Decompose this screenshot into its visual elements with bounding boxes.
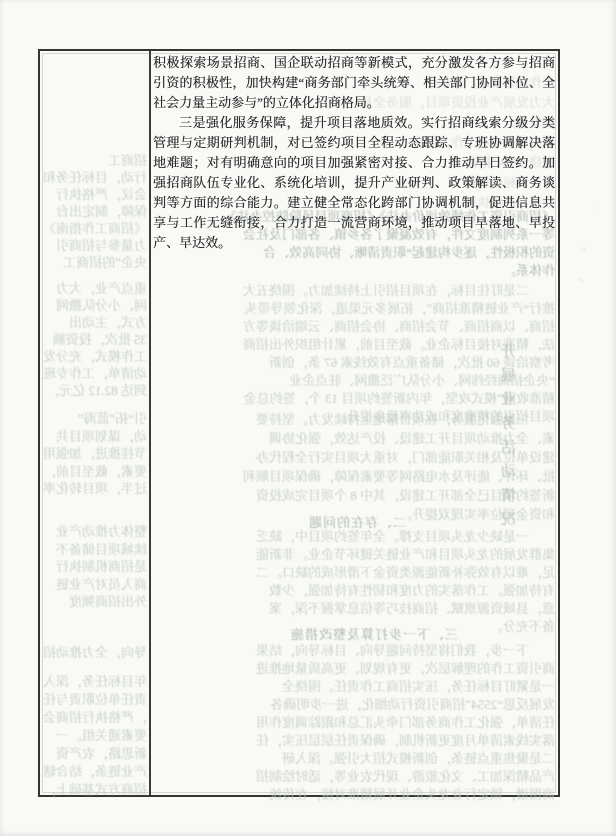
bleed-line: 要素，截至目前，	[43, 463, 147, 481]
bleed-line: 集群发展的龙头项目和产业链关键环节企业。非新能	[153, 546, 555, 564]
margin-smudge: ·	[596, 204, 599, 213]
bleed-vertical-row-header: 开展业务活动情况	[499, 343, 519, 593]
margin-smudge: 丶	[575, 272, 586, 288]
bleed-line: 保障，制定出台	[43, 203, 147, 220]
bleed-line: 商引资工作的理解层次，更有规划、更高质量地推进	[153, 660, 555, 678]
bleed-line: 招商工	[43, 152, 147, 169]
bleed-line: 会议，严格执行	[43, 186, 147, 203]
bleed-line: 行动，目标任务和	[43, 169, 147, 186]
paragraph-continued: 积极探索场景招商、国企联动招商等新模式，充分激发各方参与招商引资的积极性，加快构…	[153, 53, 555, 113]
bleed-paragraph: 下一步，我们将坚持问题导向、目标导向，结果商引资工作的理解层次，更有规划、更高质…	[153, 642, 555, 804]
bleed-line: 年目标任务，深入	[43, 673, 147, 691]
bleed-line: 商人员对产业链	[43, 576, 147, 594]
bleed-line: 落实线索清单月度更新机制，确保责任层层压实，任	[153, 732, 555, 750]
bleed-line: 产品精深加工、文化旅游、现代农业等，适时绘制招	[153, 768, 555, 786]
bleed-line: 任清单，强化工作商务部门牵头汇总和跟踪调度作用	[153, 714, 555, 732]
bleed-paragraph: 二是盯住目标，在项目招引上持续加力。围绕五大推行“产业链精准招商”，拓展多元渠道…	[153, 282, 555, 426]
bleed-line: 产业链条，结合辖	[43, 763, 147, 781]
bleed-line: 网、小分队撒网	[43, 297, 147, 314]
bleed-line: 外出招商频度	[43, 593, 147, 611]
bleed-line: 建设单位及相关职能部门，对重大项目实行全程代办	[153, 448, 555, 467]
bleed-line: 是招商机制执行	[43, 558, 147, 576]
bleed-line: 考察洽谈 60 批次，储备重点有效线索 67 条，创新	[153, 354, 555, 372]
bleed-line: 商图谱，锁定行业龙头企业开展精准对接，在传统	[153, 786, 555, 804]
margin-smudge: 〃	[578, 242, 589, 258]
bleed-line: 意，县域资源禀赋、招商技巧等信息掌握不深，案	[153, 600, 555, 618]
bleed-line: 素、全力推动项目开工建设、投产达效，强化协调	[153, 429, 555, 448]
bleed-line: 动，谋划项目共	[43, 428, 147, 446]
bleed-line: 续城项目储备不	[43, 541, 147, 559]
paragraph-three: 三是强化服务保障，提升项目落地质效。实行招商线索分级分类管理与定期研判机制，对已…	[153, 113, 555, 253]
form-table-frame: 招商工行动，目标任务和会议，严格执行保障，制定出台《招商工作指南》力量参与招商引…	[38, 49, 560, 797]
bleed-line: 导向，全力推动招	[43, 644, 147, 661]
table-column-divider	[149, 51, 151, 795]
bleed-line: 《招商工作指南》	[43, 220, 147, 237]
bleed-line: 三是强化服务，在项目落地上持续发力。坚持要	[153, 410, 555, 429]
bleed-paragraph: 三是强化服务，在项目落地上持续发力。坚持要素、全力推动项目开工建设、投产达效，强…	[153, 410, 555, 524]
bleed-line: 有待加强。工作落实的力度和韧性有待加强，少数	[153, 582, 555, 600]
bleed-fragment-block: 导向，全力推动招	[43, 644, 147, 661]
bleed-line: 引“拓”蓝海”	[43, 410, 147, 428]
bleed-line: “央企招商经纬网、小分队广泛撒网、驻点企业	[153, 372, 555, 390]
bleed-line: 方式，主动出	[43, 314, 147, 331]
report-body-text: 积极探索场景招商、国企联动招商等新模式，充分激发各方参与招商引资的积极性，加快构…	[153, 53, 555, 253]
bleed-line: 节挂推进，加强用	[43, 445, 147, 463]
bleed-fragment-block: 招商工行动，目标任务和会议，严格执行保障，制定出台《招商工作指南》力量参与招商引…	[43, 152, 147, 271]
bleed-line: 作体系。	[153, 262, 555, 280]
bleed-line: 下一步，我们将坚持问题导向、目标导向，结果	[153, 642, 555, 660]
bleed-through-left-column: 招商工行动，目标任务和会议，严格执行保障，制定出台《招商工作指南》力量参与招商引…	[43, 51, 147, 795]
bleed-fragment-block: 重点产业，大力网、小分队撒网方式，主动出35 批次，投资额工作模式，充分发动清单…	[43, 280, 147, 399]
bleed-line: 35 批次，投资额	[43, 331, 147, 348]
bleed-line: 责任单位职责与任	[43, 691, 147, 709]
scanned-document-page: 〃 丶 · 招商工行动，目标任务和会议，严格执行保障，制定出台《招商工作指南》力…	[0, 0, 616, 836]
bleed-line: 整体力推动产业	[43, 523, 147, 541]
bleed-line: 招商、以商招商、节会招商、协会招商、云端洽谈等方	[153, 318, 555, 336]
bleed-line: 重点产业，大力	[43, 280, 147, 297]
bleed-fragment-block: 整体力推动产业续城项目储备不是招商机制执行商人员对产业链外出招商频度	[43, 523, 147, 611]
bleed-line: 招商方式基础上，	[43, 781, 147, 799]
bleed-line: 发展反思“2554”招商引资行动细化，进一步明确各	[153, 696, 555, 714]
bleed-line: 批、环评、能评及水电路网等要素保障，确保项目顺利	[153, 467, 555, 486]
bleed-line: ，严格执行招商会	[43, 709, 147, 727]
bleed-line: 精准收网”模式攻坚，年内新签约项目 13 个，签约总金	[153, 390, 555, 408]
bleed-line: 工作模式，充分发	[43, 348, 147, 365]
bleed-fragment-block: 年目标任务，深入责任单位职责与任，严格执行招商会要素通关组。一新思路，农产资产业…	[43, 673, 147, 799]
bleed-line: 二是聚焦重点链条，创新模式招大引强。深入研	[153, 750, 555, 768]
bleed-line: 新签约项目已全部开工建设，其中 8 个项目完成投资	[153, 486, 555, 505]
bleed-line: 推行“产业链精准招商”，拓展多元渠道，深化领导带头	[153, 300, 555, 318]
bleed-section-heading: 三、下一步打算及整改措施	[290, 624, 458, 643]
bleed-fragment-block: 引“拓”蓝海”动，谋划项目共节挂推进，加强用要素，截至目前，过半，项目转化率	[43, 410, 147, 498]
bleed-line: 一是缺少龙头项目支撑。全年签约项目中，缺乏	[153, 528, 555, 546]
bleed-line: 到达 82.12 亿元，	[43, 382, 147, 399]
bleed-line: 足，难以有效弥补新能源类资金下滑形成的缺口。二	[153, 564, 555, 582]
bleed-line: 央企”的招商工	[43, 254, 147, 271]
bleed-line: 力量参与招商引	[43, 237, 147, 254]
bleed-line: 一是紧盯目标任务，压实招商工作责任。围绕全	[153, 678, 555, 696]
bleed-line: 过半，项目转化率	[43, 480, 147, 498]
bleed-paragraph: 一是缺少龙头项目支撑。全年签约项目中，缺乏集群发展的龙头项目和产业链关键环节企业…	[153, 528, 555, 636]
bleed-line: 二是盯住目标，在项目招引上持续加力。围绕五大	[153, 282, 555, 300]
bleed-line: 要素通关组。一	[43, 727, 147, 745]
bleed-line: 动清单，工作专班	[43, 365, 147, 382]
bleed-line: 法，精准对接目标企业。截至目前，累计组织外出招商	[153, 336, 555, 354]
bleed-line: 新思路，农产资	[43, 745, 147, 763]
